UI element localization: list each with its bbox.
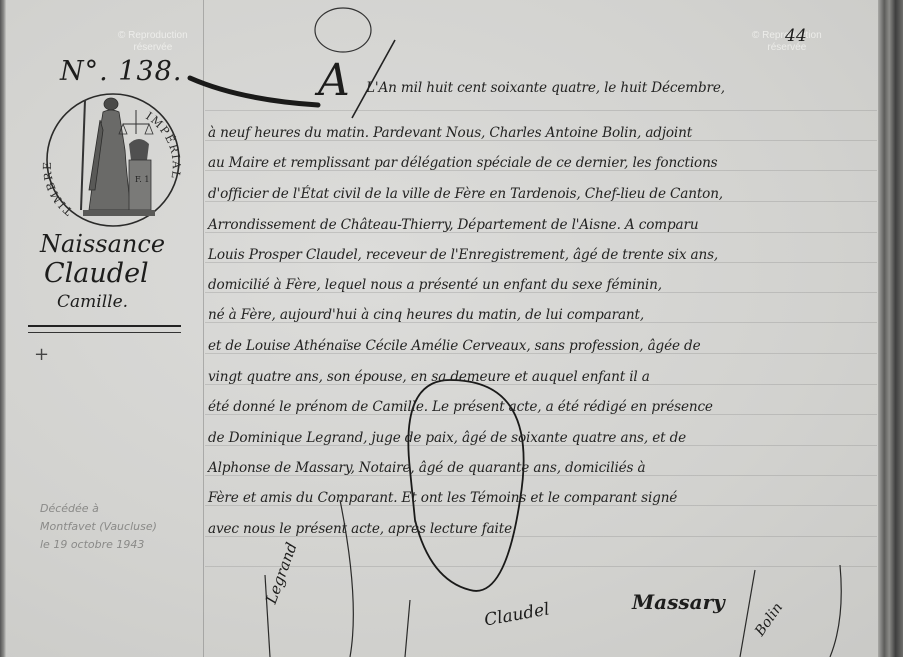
signature-massary: Massary: [632, 590, 725, 614]
record-line: d'officier de l'État civil de la ville d…: [208, 186, 880, 202]
record-line: Louis Prosper Claudel, receveur de l'Enr…: [208, 247, 880, 263]
record-line: Fère et amis du Comparant. Et ont les Té…: [208, 490, 880, 506]
record-line: domicilié à Fère, lequel nous a présenté…: [208, 277, 880, 293]
flourishes: [0, 0, 903, 657]
record-line: au Maire et remplissant par délégation s…: [208, 155, 880, 171]
document-page: © Reproduction réservée © Reproduction r…: [0, 0, 903, 657]
record-line: Alphonse de Massary, Notaire, âgé de qua…: [208, 460, 880, 476]
record-line: à neuf heures du matin. Pardevant Nous, …: [208, 125, 880, 141]
record-line: L'An mil huit cent soixante quatre, le h…: [366, 80, 886, 96]
record-line: né à Fère, aujourd'hui à cinq heures du …: [208, 307, 880, 323]
record-line: avec nous le présent acte, après lecture…: [208, 521, 880, 537]
record-line: été donné le prénom de Camille. Le prése…: [208, 399, 880, 415]
opening-capital: A: [318, 55, 350, 106]
record-line: Arrondissement de Château-Thierry, Dépar…: [208, 217, 880, 233]
record-line: vingt quatre ans, son épouse, en sa deme…: [208, 369, 880, 385]
record-line: de Dominique Legrand, juge de paix, âgé …: [208, 430, 880, 446]
record-line: et de Louise Athénaïse Cécile Amélie Cer…: [208, 338, 880, 354]
